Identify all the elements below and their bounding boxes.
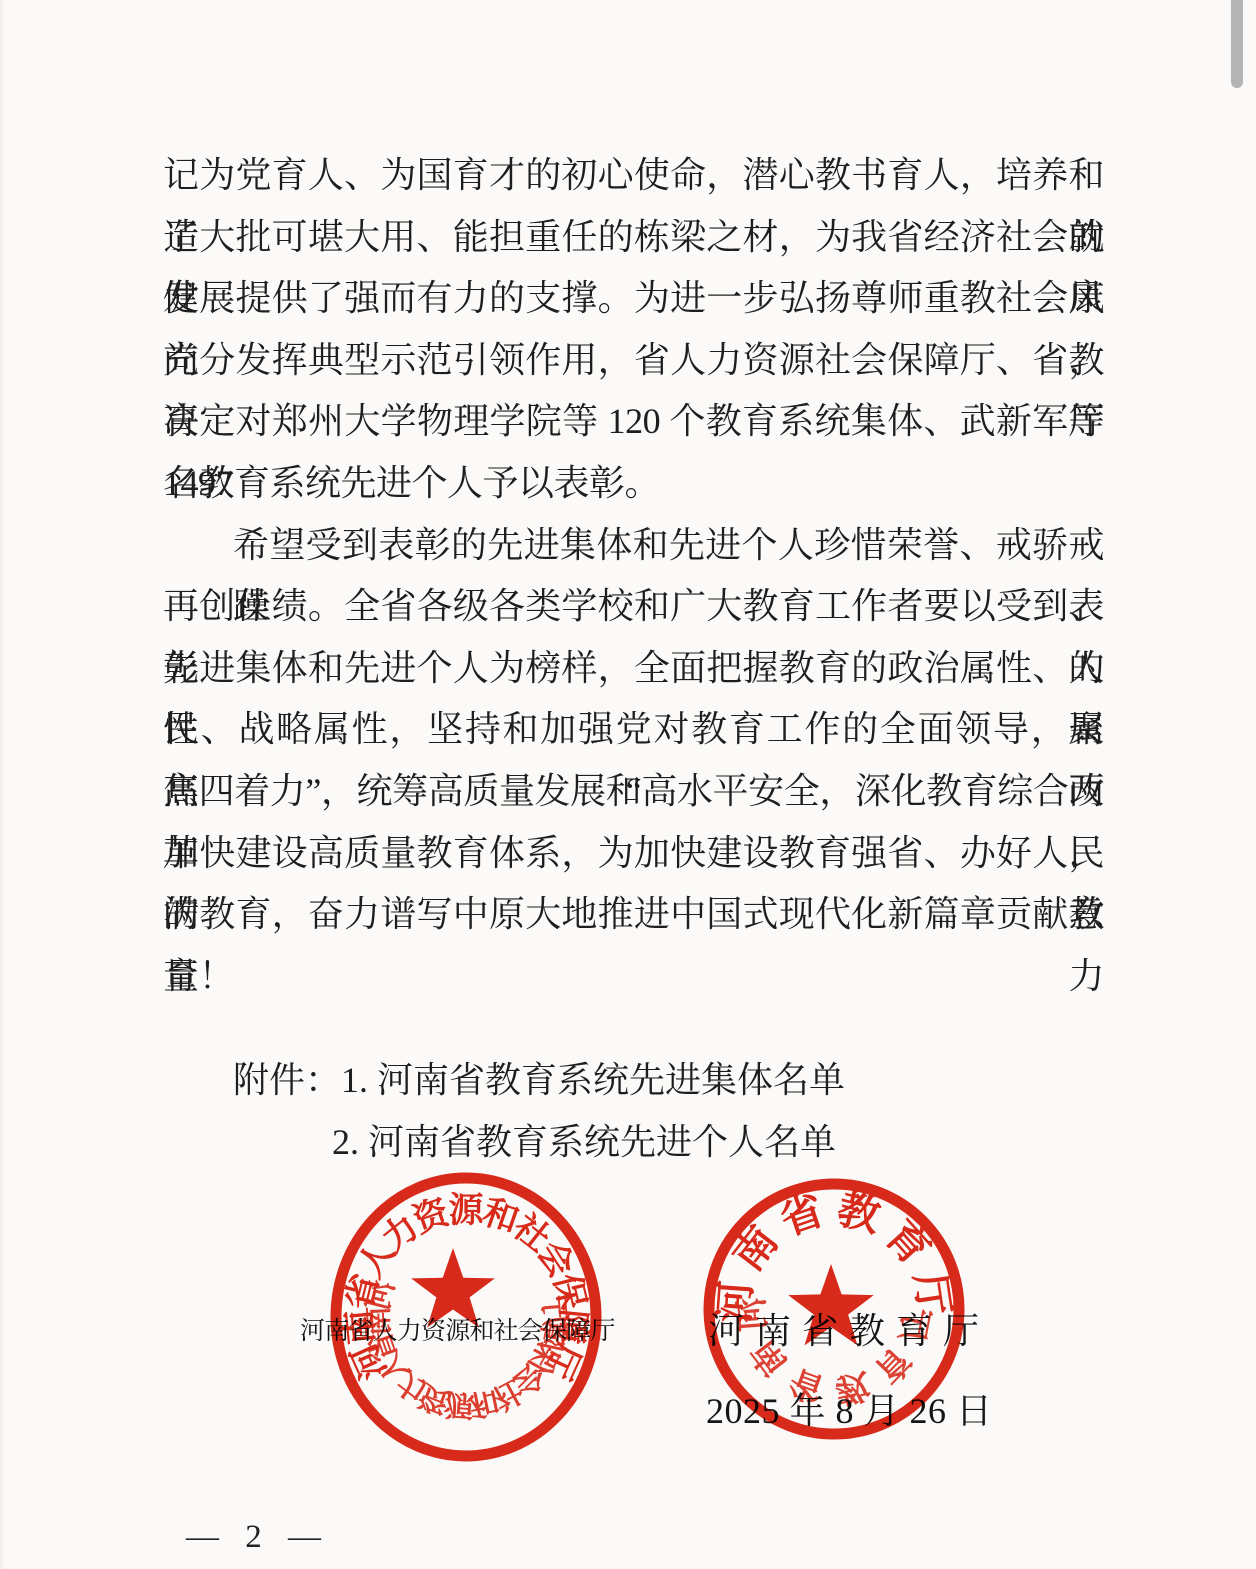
- body-line: 发展提供了强而有力的支撑。为进一步弘扬尊师重教社会风尚，: [163, 268, 1104, 330]
- attachment-item: 2. 河南省教育系统先进个人名单: [163, 1112, 1104, 1174]
- body-line: 记为党育人、为国育才的初心使命，潜心教书育人，培养和造就: [163, 145, 1104, 207]
- body-line: 的教育，奋力谱写中原大地推进中国式现代化新篇章贡献教育力: [163, 884, 1104, 946]
- attachment-item-text: 2. 河南省教育系统先进个人名单: [332, 1122, 836, 1162]
- document-page: 记为党育人、为国育才的初心使命，潜心教书育人，培养和造就 了大批可堪大用、能担重…: [0, 0, 1256, 1569]
- body-line: 高四着力”，统筹高质量发展和高水平安全，深化教育综合改革，: [163, 761, 1104, 823]
- official-seal-right: 河南省教育厅 河南省教育厅: [703, 1178, 965, 1440]
- body-line: 性、战略属性，坚持和加强党对教育工作的全面领导，聚焦“两: [163, 699, 1104, 761]
- star-icon: [411, 1248, 495, 1328]
- attachment-list: 附件：1. 河南省教育系统先进集体名单 2. 河南省教育系统先进个人名单: [163, 1050, 1104, 1173]
- body-line: 充分发挥典型示范引领作用，省人力资源社会保障厅、省教育厅: [163, 330, 1104, 392]
- body-line: 加快建设高质量教育体系，为加快建设教育强省、办好人民满意: [163, 823, 1104, 885]
- star-icon: [788, 1264, 874, 1345]
- attachment-item-text: 1. 河南省教育系统先进集体名单: [341, 1060, 845, 1100]
- attachment-label: 附件：: [233, 1060, 341, 1100]
- body-line: 希望受到表彰的先进集体和先进个人珍惜荣誉、戒骄戒躁、: [163, 515, 1104, 577]
- body-text: 记为党育人、为国育才的初心使命，潜心教书育人，培养和造就 了大批可堪大用、能担重…: [163, 145, 1104, 1007]
- body-line: 名教育系统先进个人予以表彰。: [163, 453, 1104, 515]
- body-line: 了大批可堪大用、能担重任的栋梁之材，为我省经济社会的健康: [163, 207, 1104, 269]
- attachment-item: 附件：1. 河南省教育系统先进集体名单: [163, 1050, 1104, 1112]
- body-line: 决定对郑州大学物理学院等 120 个教育系统集体、武新军等 1497: [163, 391, 1104, 453]
- body-line: 再创佳绩。全省各级各类学校和广大教育工作者要以受到表彰的: [163, 576, 1104, 638]
- page-number: — 2 —: [186, 1519, 330, 1556]
- official-seal-left: 河南省人力资源和社会保障厅 河南省人力资源和社会保障厅: [326, 1170, 606, 1462]
- body-line: 先进集体和先进个人为榜样，全面把握教育的政治属性、人民属: [163, 638, 1104, 700]
- scrollbar-thumb[interactable]: [1231, 0, 1243, 88]
